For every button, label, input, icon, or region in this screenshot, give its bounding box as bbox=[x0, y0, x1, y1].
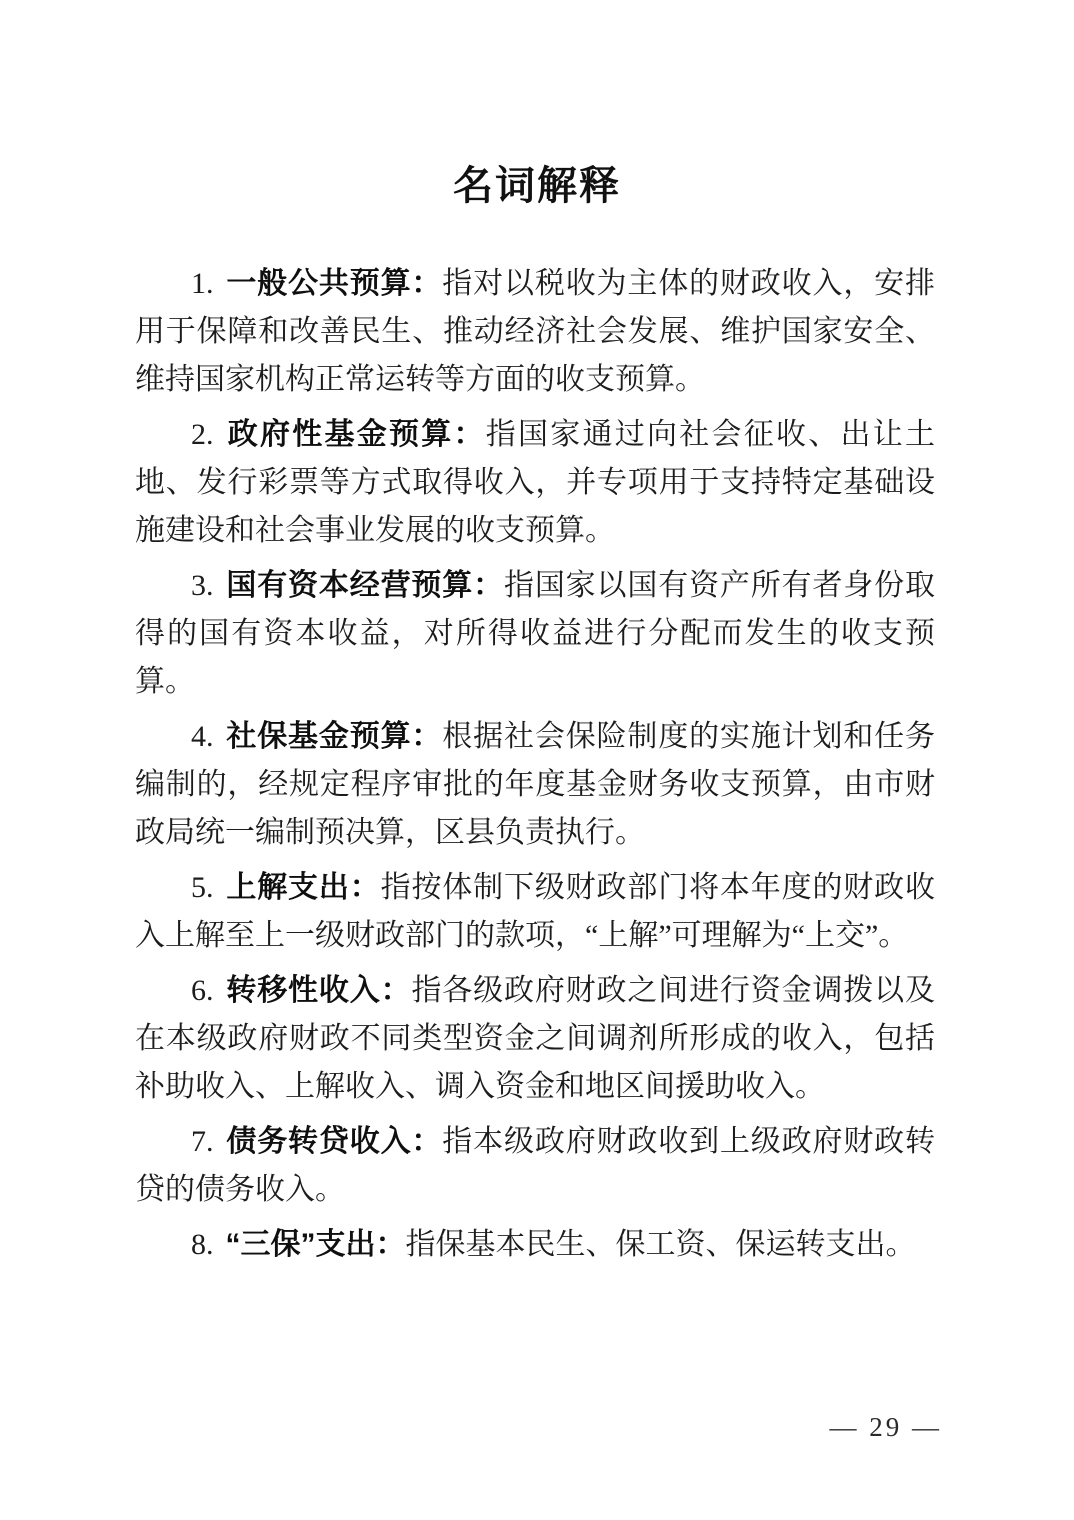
definition-term: 一般公共预算： bbox=[226, 267, 443, 300]
definition-term: 转移性收入： bbox=[226, 974, 412, 1007]
definition-number: 1. bbox=[191, 267, 214, 300]
definition-item-3: 3.国有资本经营预算：指国家以国有资产所有者身份取得的国有资本收益，对所得收益进… bbox=[135, 562, 935, 706]
definition-body: 指保基本民生、保工资、保运转支出。 bbox=[406, 1228, 916, 1261]
definition-item-5: 5.上解支出：指按体制下级财政部门将本年度的财政收入上解至上一级财政部门的款项，… bbox=[135, 864, 935, 960]
definition-item-8: 8.“三保”支出：指保基本民生、保工资、保运转支出。 bbox=[135, 1221, 935, 1269]
definition-number: 4. bbox=[191, 720, 214, 753]
page-title: 名词解释 bbox=[0, 162, 1074, 210]
definition-term: 国有资本经营预算： bbox=[226, 569, 504, 602]
definition-item-7: 7.债务转贷收入：指本级政府财政收到上级政府财政转贷的债务收入。 bbox=[135, 1118, 935, 1214]
definition-item-2: 2.政府性基金预算：指国家通过向社会征收、出让土地、发行彩票等方式取得收入，并专… bbox=[135, 411, 935, 555]
definition-number: 3. bbox=[191, 569, 214, 602]
definition-number: 7. bbox=[191, 1125, 214, 1158]
page-number: — 29 — bbox=[830, 1412, 943, 1442]
definitions-list: 1.一般公共预算：指对以税收为主体的财政收入，安排用于保障和改善民生、推动经济社… bbox=[135, 260, 935, 1276]
definition-item-1: 1.一般公共预算：指对以税收为主体的财政收入，安排用于保障和改善民生、推动经济社… bbox=[135, 260, 935, 404]
definition-number: 2. bbox=[191, 418, 214, 451]
definition-term: 债务转贷收入： bbox=[226, 1125, 443, 1158]
definition-term: “三保”支出： bbox=[226, 1228, 406, 1261]
definition-number: 8. bbox=[191, 1228, 214, 1261]
definition-term: 政府性基金预算： bbox=[226, 418, 486, 451]
definition-number: 5. bbox=[191, 871, 214, 904]
definition-item-6: 6.转移性收入：指各级政府财政之间进行资金调拨以及在本级政府财政不同类型资金之间… bbox=[135, 967, 935, 1111]
definition-term: 社保基金预算： bbox=[226, 720, 443, 753]
definition-term: 上解支出： bbox=[226, 871, 381, 904]
document-page: 名词解释 1.一般公共预算：指对以税收为主体的财政收入，安排用于保障和改善民生、… bbox=[0, 0, 1074, 1520]
definition-number: 6. bbox=[191, 974, 214, 1007]
definition-item-4: 4.社保基金预算：根据社会保险制度的实施计划和任务编制的，经规定程序审批的年度基… bbox=[135, 713, 935, 857]
